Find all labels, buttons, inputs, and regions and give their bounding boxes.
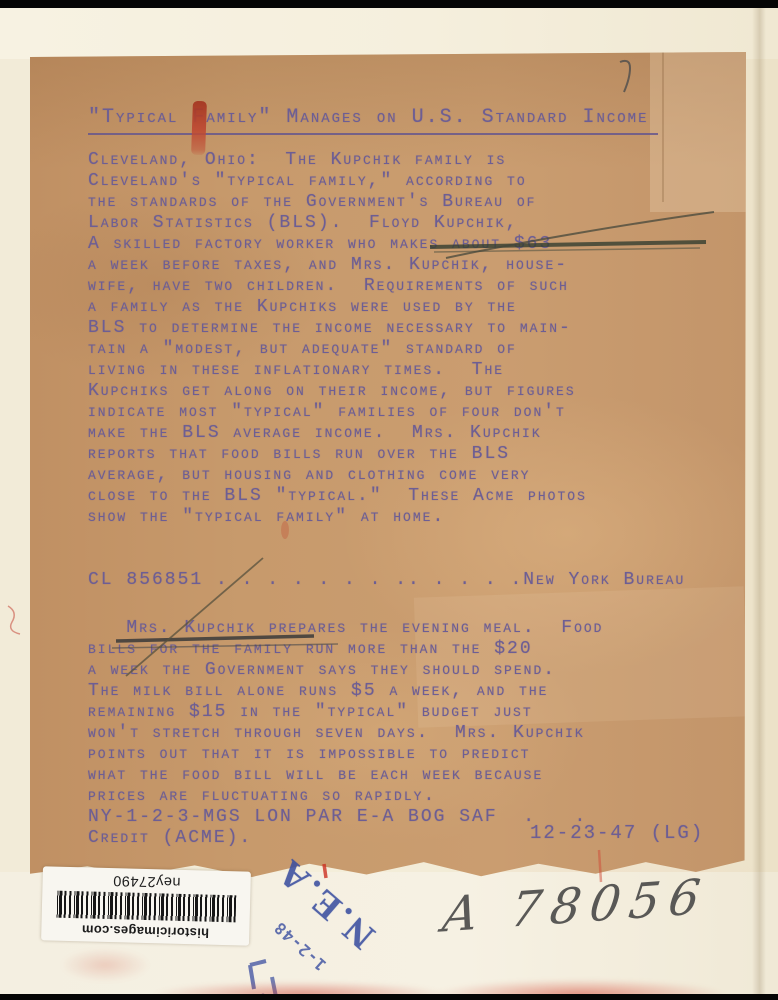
caption-line: BLS to determine the income necessary to… bbox=[88, 318, 587, 339]
caption-line: The milk bill alone runs $5 a week, and … bbox=[88, 681, 603, 702]
caption-line: A skilled factory worker who makes about… bbox=[88, 234, 587, 255]
sticker-code-text: ney27490 bbox=[48, 870, 244, 891]
caption-line: tain a "modest, but adequate" standard o… bbox=[88, 339, 587, 360]
red-brush-mark bbox=[191, 101, 207, 155]
caption-headline: "Typical Family" Manages on U.S. Standar… bbox=[88, 106, 658, 135]
caption-line: indicate most "typical" families of four… bbox=[88, 402, 587, 423]
caption-sheet: "Typical Family" Manages on U.S. Standar… bbox=[30, 52, 746, 882]
press-photo-back-scan: "Typical Family" Manages on U.S. Standar… bbox=[0, 0, 778, 1000]
date-code: 12-23-47 (LG) bbox=[530, 822, 704, 844]
caption-line: close to the BLS "typical." These Acme p… bbox=[88, 486, 587, 507]
inventory-sticker: historicimages.com ney27490 bbox=[41, 866, 251, 945]
caption-line: NY-1-2-3-MGS LON PAR E-A BOG SAF . . bbox=[88, 807, 603, 828]
caption-line: Kupchiks get along on their income, but … bbox=[88, 381, 587, 402]
photo-number-slug: CL 856851 . . . . . . . .. . . . .New Yo… bbox=[88, 570, 685, 590]
caption-paragraph-1: Cleveland, Ohio: The Kupchik family isCl… bbox=[88, 150, 587, 528]
sheet-light-patch bbox=[650, 52, 746, 212]
caption-line: Mrs. Kupchik prepares the evening meal. … bbox=[88, 618, 603, 639]
caption-line: Credit (ACME). bbox=[88, 828, 603, 849]
caption-line: show the "typical family" at home. bbox=[88, 507, 587, 528]
sticker-site-text: historicimages.com bbox=[47, 921, 243, 941]
caption-line: make the BLS average income. Mrs. Kupchi… bbox=[88, 423, 587, 444]
caption-line: bills for the family run more than the $… bbox=[88, 639, 603, 660]
caption-line: a week before taxes, and Mrs. Kupchik, h… bbox=[88, 255, 587, 276]
caption-paragraph-2: Mrs. Kupchik prepares the evening meal. … bbox=[88, 618, 603, 849]
paper-crease bbox=[752, 7, 766, 994]
caption-line: the standards of the Government's Bureau… bbox=[88, 192, 587, 213]
caption-line: a family as the Kupchiks were used by th… bbox=[88, 297, 587, 318]
caption-line: Cleveland's "typical family," according … bbox=[88, 171, 587, 192]
barcode bbox=[56, 891, 237, 923]
scan-border-bottom bbox=[0, 994, 778, 1000]
caption-line: reports that food bills run over the BLS bbox=[88, 444, 587, 465]
caption-line: remaining $15 in the "typical" budget ju… bbox=[88, 702, 603, 723]
caption-line: a week the Government says they should s… bbox=[88, 660, 603, 681]
caption-line: living in these inflationary times. The bbox=[88, 360, 587, 381]
caption-line: points out that it is impossible to pred… bbox=[88, 744, 603, 765]
caption-line: what the food bill will be each week bec… bbox=[88, 765, 603, 786]
sheet-seam bbox=[662, 52, 664, 202]
scan-border-top bbox=[0, 0, 778, 8]
caption-line: Cleveland, Ohio: The Kupchik family is bbox=[88, 150, 587, 171]
photo-backing-top-edge bbox=[0, 7, 778, 59]
caption-line: average, but housing and clothing come v… bbox=[88, 465, 587, 486]
caption-line: wife, have two children. Requirements of… bbox=[88, 276, 587, 297]
caption-line: prices are fluctuating so rapidly. bbox=[88, 786, 603, 807]
caption-line: won't stretch through seven days. Mrs. K… bbox=[88, 723, 603, 744]
caption-line: Labor Statistics (BLS). Floyd Kupchik, bbox=[88, 213, 587, 234]
